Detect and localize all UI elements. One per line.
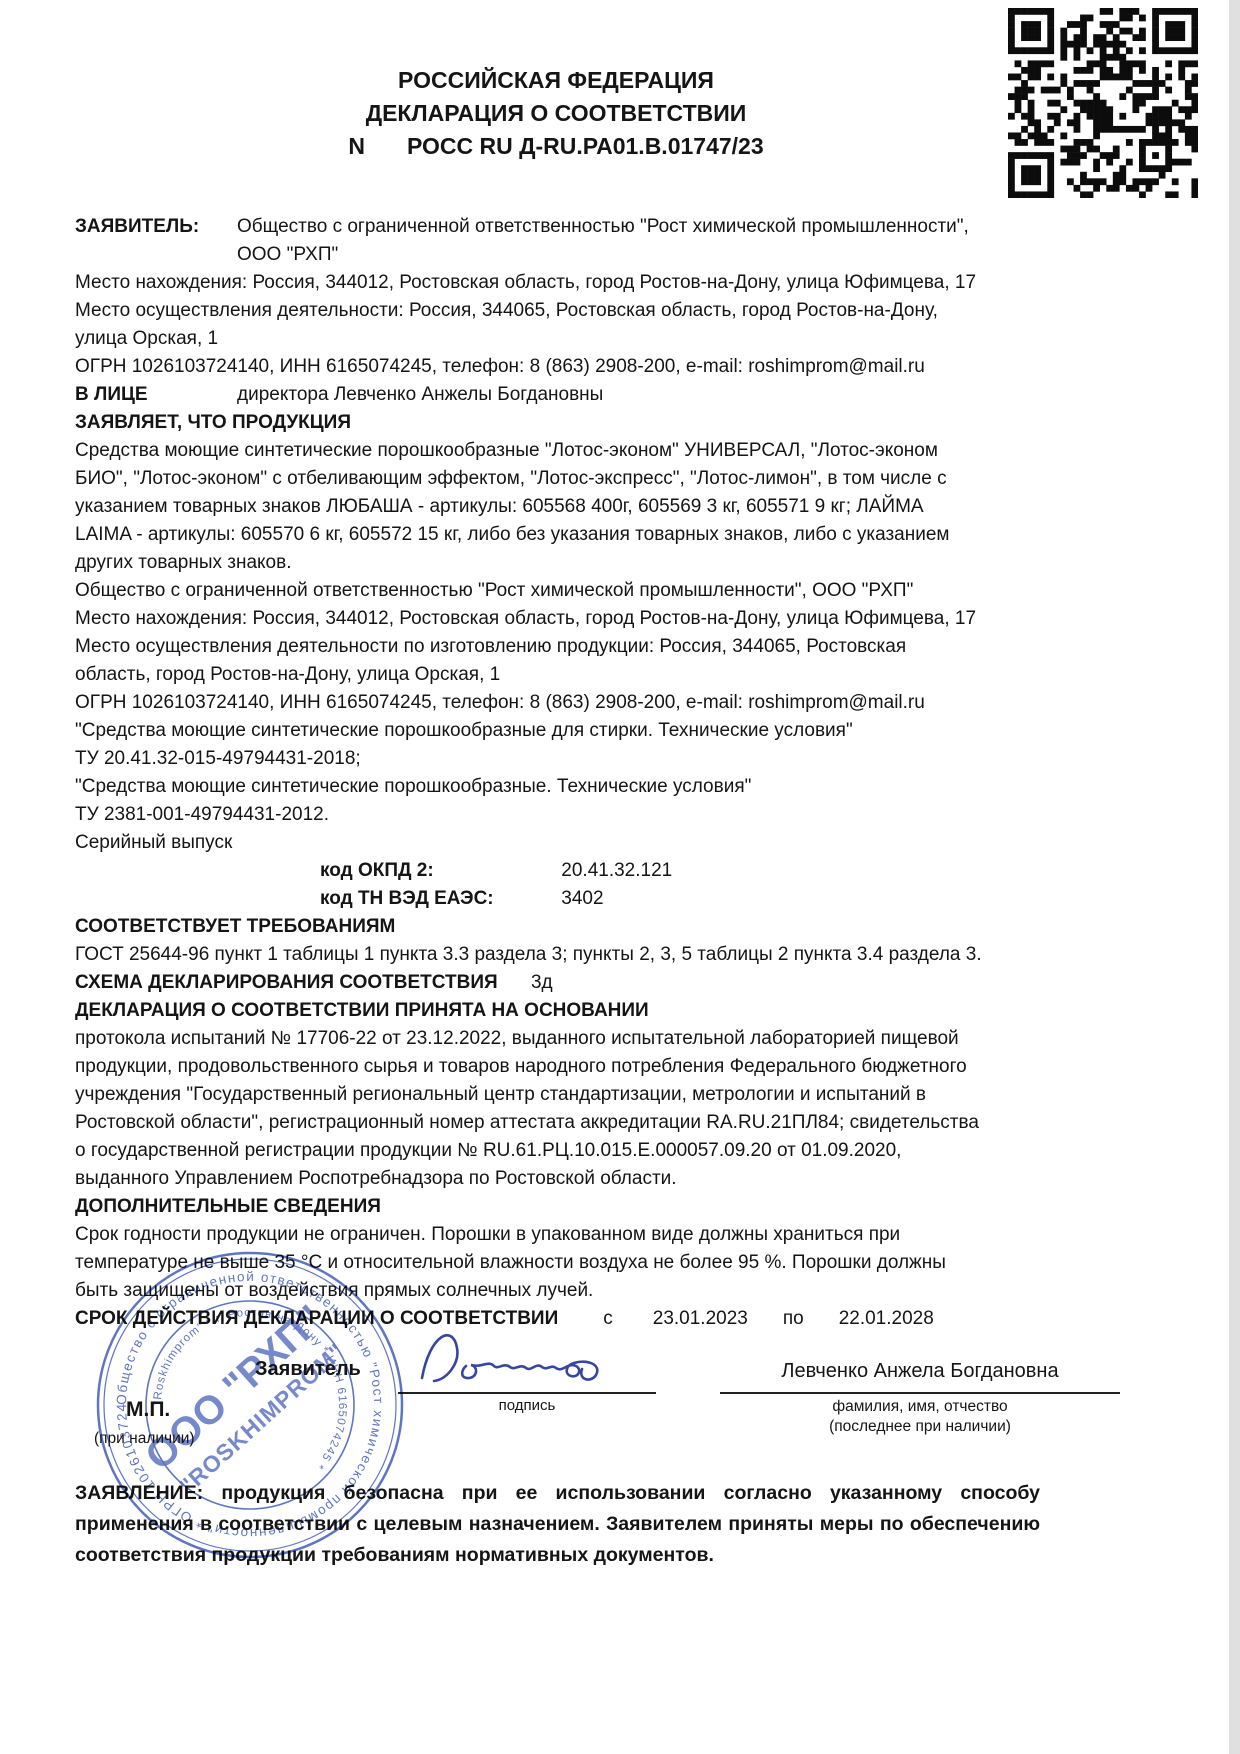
handwritten-signature: [408, 1318, 638, 1394]
validity-to-date: 22.01.2028: [839, 1305, 934, 1333]
declares-heading: ЗАЯВЛЯЕТ, ЧТО ПРОДУКЦИЯ: [75, 409, 1037, 437]
scheme-value: 3д: [531, 972, 553, 993]
validity-from-date: 23.01.2023: [653, 1305, 748, 1333]
signer-full-name: Левченко Анжела Богдановна: [720, 1360, 1120, 1383]
signature-caption: подпись: [398, 1397, 656, 1414]
validity-to-label: по: [783, 1305, 804, 1333]
okpd-code-row: код ОКПД 2: 20.41.32.121: [75, 857, 1037, 885]
conformity-heading: СООТВЕТСТВУЕТ ТРЕБОВАНИЯМ: [75, 913, 1037, 941]
document-header: РОССИЙСКАЯ ФЕДЕРАЦИЯ ДЕКЛАРАЦИЯ О СООТВЕ…: [75, 64, 1037, 163]
person-label: В ЛИЦЕ: [75, 381, 237, 409]
okpd-label: код ОКПД 2:: [320, 857, 556, 885]
technical-conditions-2: "Средства моющие синтетические порошкооб…: [75, 773, 1037, 829]
scheme-row: СХЕМА ДЕКЛАРИРОВАНИЯ СООТВЕТСТВИЯ 3д: [75, 969, 1037, 997]
declaration-number-line: NРОСС RU Д-RU.РА01.В.01747/23: [75, 130, 1037, 163]
manufacturer-requisites: ОГРН 1026103724140, ИНН 6165074245, теле…: [75, 689, 1037, 717]
document-body: РОССИЙСКАЯ ФЕДЕРАЦИЯ ДЕКЛАРАЦИЯ О СООТВЕ…: [75, 64, 1037, 1333]
basis-heading: ДЕКЛАРАЦИЯ О СООТВЕТСТВИИ ПРИНЯТА НА ОСН…: [75, 997, 1037, 1025]
applicant-requisites: ОГРН 1026103724140, ИНН 6165074245, теле…: [75, 353, 1037, 381]
signer-role-label: Заявитель: [255, 1358, 361, 1381]
declaration-document: РОССИЙСКАЯ ФЕДЕРАЦИЯ ДЕКЛАРАЦИЯ О СООТВЕ…: [0, 0, 1240, 1754]
tnved-label: код ТН ВЭД ЕАЭС:: [320, 885, 556, 913]
declaration-number: РОСС RU Д-RU.РА01.В.01747/23: [407, 133, 764, 159]
number-label: N: [348, 133, 365, 159]
basis-text: протокола испытаний № 17706-22 от 23.12.…: [75, 1025, 1037, 1193]
person-value: директора Левченко Анжелы Богдановны: [237, 381, 1037, 409]
stamp-place-note: (при наличии): [94, 1430, 195, 1448]
person-row: В ЛИЦЕ директора Левченко Анжелы Богдано…: [75, 381, 1037, 409]
name-caption-line1: фамилия, имя, отчество: [720, 1397, 1120, 1417]
technical-conditions-1: "Средства моющие синтетические порошкооб…: [75, 717, 1037, 773]
scheme-label: СХЕМА ДЕКЛАРИРОВАНИЯ СООТВЕТСТВИЯ: [75, 972, 498, 993]
qr-code-icon: [1008, 8, 1198, 198]
applicant-row: ЗАЯВИТЕЛЬ: Общество с ограниченной ответ…: [75, 213, 1037, 269]
applicant-name: Общество с ограниченной ответственностью…: [237, 213, 1037, 269]
okpd-value: 20.41.32.121: [561, 860, 672, 881]
applicant-activity-address: Место осуществления деятельности: Россия…: [75, 297, 1037, 353]
stamp-place-label: М.П.: [126, 1398, 170, 1422]
document-title: ДЕКЛАРАЦИЯ О СООТВЕТСТВИИ: [75, 97, 1037, 130]
issue-type: Серийный выпуск: [75, 829, 1037, 857]
scan-edge: [1229, 0, 1240, 1754]
tnved-code-row: код ТН ВЭД ЕАЭС: 3402: [75, 885, 1037, 913]
name-caption-line2: (последнее при наличии): [720, 1417, 1120, 1437]
product-description: Средства моющие синтетические порошкообр…: [75, 437, 1037, 577]
name-caption: фамилия, имя, отчество (последнее при на…: [720, 1397, 1120, 1437]
additional-heading: ДОПОЛНИТЕЛЬНЫЕ СВЕДЕНИЯ: [75, 1193, 1037, 1221]
country-title: РОССИЙСКАЯ ФЕДЕРАЦИЯ: [75, 64, 1037, 97]
tnved-value: 3402: [561, 888, 603, 909]
conformity-requirements: ГОСТ 25644-96 пункт 1 таблицы 1 пункта 3…: [75, 941, 1037, 969]
manufacturer-location: Место нахождения: Россия, 344012, Ростов…: [75, 605, 1037, 633]
applicant-location: Место нахождения: Россия, 344012, Ростов…: [75, 269, 1037, 297]
manufacturer-activity-address: Место осуществления деятельности по изго…: [75, 633, 1037, 689]
applicant-label: ЗАЯВИТЕЛЬ:: [75, 213, 237, 269]
name-line: [720, 1392, 1120, 1394]
manufacturer-name: Общество с ограниченной ответственностью…: [75, 577, 1037, 605]
